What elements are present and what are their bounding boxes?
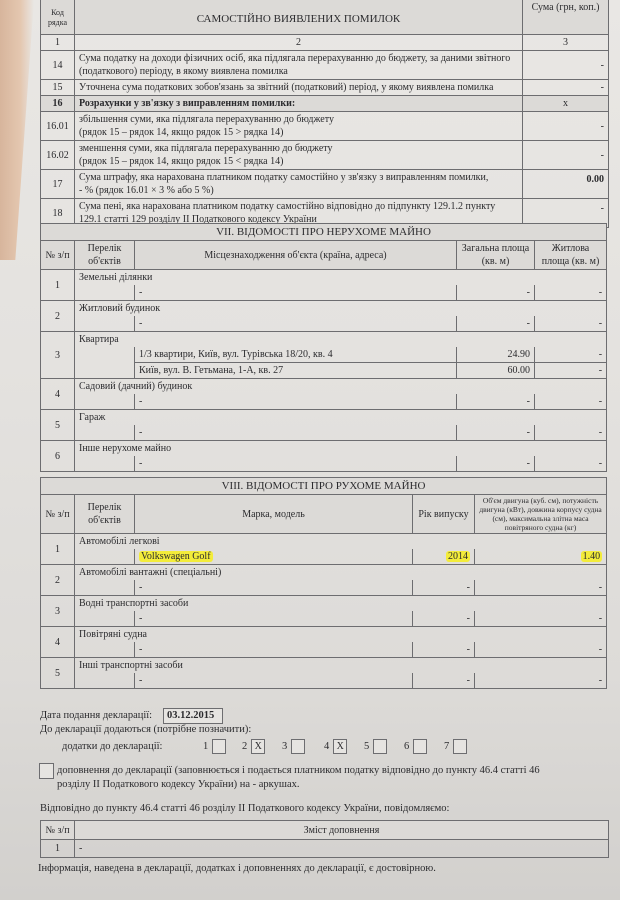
num-header: № з/п (41, 241, 75, 270)
spacer (75, 285, 135, 301)
table-row: 16.01 збільшення суми, яка підлягала пер… (41, 112, 609, 141)
row-text-line: (рядок 15 – рядок 14, якщо рядок 15 < ря… (79, 155, 518, 168)
annex-5[interactable]: 5 (364, 739, 387, 754)
year-value: - (467, 613, 470, 624)
row-num: 1 (41, 534, 75, 565)
row-value: - (523, 51, 609, 80)
row-category: Житловий будинок (75, 301, 607, 317)
location-cell: - (135, 394, 457, 410)
row-value: - (523, 141, 609, 170)
spacer (75, 580, 135, 596)
annex-checkbox[interactable] (453, 739, 467, 754)
living-area-cell: - (535, 285, 607, 301)
row-value: x (523, 96, 609, 112)
row-num: 2 (41, 301, 75, 332)
year-cell: - (413, 642, 475, 658)
model-cell: - (135, 673, 413, 689)
table-subrow: - - - (41, 642, 607, 658)
location-cell: Київ, вул. В. Гетьмана, 1-А, кв. 27 (135, 363, 457, 379)
row-text: збільшення суми, яка підлягала перерахув… (75, 112, 523, 141)
annex-checkbox[interactable] (413, 739, 427, 754)
living-area-cell: - (535, 425, 607, 441)
table-subrow: Київ, вул. В. Гетьмана, 1-А, кв. 27 60.0… (41, 363, 607, 379)
spacer (75, 425, 135, 441)
year-cell: - (413, 673, 475, 689)
location-cell: - (135, 425, 457, 441)
supplement-table: № з/п Зміст доповнення 1 - (40, 820, 609, 858)
spec-cell: - (475, 580, 607, 596)
location-header: Місцезнаходження об'єкта (країна, адреса… (135, 241, 457, 270)
model-value: - (139, 644, 142, 655)
col-num: 3 (523, 35, 609, 51)
row-num: 5 (41, 658, 75, 689)
total-area-cell: - (457, 394, 535, 410)
location-cell: 1/3 квартири, Київ, вул. Турівська 18/20… (135, 347, 457, 363)
table-row: 4 Повітряні судна (41, 627, 607, 643)
spacer (75, 549, 135, 565)
table-row: 6 Інше нерухоме майно (41, 441, 607, 457)
corrections-table: Код рядка САМОСТІЙНО ВИЯВЛЕНИХ ПОМИЛОК С… (40, 0, 609, 228)
table-subrow: - - - (41, 611, 607, 627)
table-subrow: - - - (41, 673, 607, 689)
row-value: - (523, 80, 609, 96)
year-cell: - (413, 580, 475, 596)
supplement-checkbox[interactable] (39, 763, 54, 779)
living-area-header: Житлова площа (кв. м) (535, 241, 607, 270)
total-area-cell: - (457, 285, 535, 301)
annex-7[interactable]: 7 (444, 739, 467, 754)
list-header: Перелік об'єктів (75, 241, 135, 270)
row-num: 4 (41, 379, 75, 410)
row-code: 16 (41, 96, 75, 112)
spacer (75, 347, 135, 363)
table-subrow: - - - (41, 285, 607, 301)
num-header: № з/п (41, 821, 75, 840)
model-cell: - (135, 611, 413, 627)
row-text: Розрахунки у зв'язку з виправленням поми… (75, 96, 523, 112)
footer-statement: Інформація, наведена в декларації, додат… (38, 863, 436, 874)
column-number-row: 1 2 3 (41, 35, 609, 51)
row-value: 0.00 (523, 170, 609, 199)
attachments-label: До декларації додаються (потрібне познач… (40, 724, 251, 735)
row-category: Інші транспортні засоби (75, 658, 607, 674)
spec-cell: - (475, 611, 607, 627)
total-area-cell: - (457, 425, 535, 441)
annex-number: 3 (282, 741, 287, 752)
corrections-header-row: Код рядка САМОСТІЙНО ВИЯВЛЕНИХ ПОМИЛОК С… (41, 0, 609, 35)
total-area-header: Загальна площа (кв. м) (457, 241, 535, 270)
table-row: 3 Квартира (41, 332, 607, 348)
list-header: Перелік об'єктів (75, 495, 135, 534)
table-row: 5 Гараж (41, 410, 607, 426)
table-subrow: - - - (41, 425, 607, 441)
row-num: 6 (41, 441, 75, 472)
annex-number: 4 (324, 741, 329, 752)
table-subrow: - - - (41, 316, 607, 332)
total-area-cell: - (457, 456, 535, 472)
row-text: Сума податку на доходи фізичних осіб, як… (75, 51, 523, 80)
living-area-cell: - (535, 363, 607, 379)
movable-body: 1 Автомобілі легкові Volkswagen Golf 201… (41, 534, 607, 689)
row-text-line: - % (рядок 16.01 × 3 % або 5 %) (79, 184, 518, 197)
model-value: Volkswagen Golf (139, 551, 213, 562)
annex-1[interactable]: 1 (203, 739, 226, 754)
real-estate-title: VII. ВІДОМОСТІ ПРО НЕРУХОМЕ МАЙНО (41, 224, 607, 241)
model-value: - (139, 582, 142, 593)
table-row: 16 Розрахунки у зв'язку з виправленням п… (41, 96, 609, 112)
row-num: 1 (41, 270, 75, 301)
table-row: 1 Земельні ділянки (41, 270, 607, 286)
living-area-cell: - (535, 347, 607, 363)
spec-cell: 1.40 (475, 549, 607, 565)
table-row: 15 Уточнена сума податкових зобов'язань … (41, 80, 609, 96)
table-subrow: - - - (41, 394, 607, 410)
spacer (75, 316, 135, 332)
total-area-cell: 24.90 (457, 347, 535, 363)
table-row: 2 Житловий будинок (41, 301, 607, 317)
table-row: 17 Сума штрафу, яка нарахована платником… (41, 170, 609, 199)
annex-checkbox[interactable] (373, 739, 387, 754)
row-num: 4 (41, 627, 75, 658)
spacer (75, 642, 135, 658)
row-num: 2 (41, 565, 75, 596)
row-text-line: Сума пені, яка нарахована платником пода… (79, 200, 518, 213)
table-row: 2 Автомобілі вантажні (спеціальні) (41, 565, 607, 581)
code-column-header: Код рядка (41, 0, 75, 35)
table-row: 3 Водні транспортні засоби (41, 596, 607, 612)
row-text-line: зменшення суми, яка підлягала перерахува… (79, 142, 518, 155)
year-header: Рік випуску (413, 495, 475, 534)
spec-value: - (599, 582, 602, 593)
corrections-title: САМОСТІЙНО ВИЯВЛЕНИХ ПОМИЛОК (75, 0, 523, 35)
row-num: 1 (41, 840, 75, 858)
location-cell: - (135, 456, 457, 472)
row-category: Інше нерухоме майно (75, 441, 607, 457)
table-subrow: 1/3 квартири, Київ, вул. Турівська 18/20… (41, 347, 607, 363)
row-category: Водні транспортні засоби (75, 596, 607, 612)
living-area-cell: - (535, 456, 607, 472)
annex-checkbox[interactable] (291, 739, 305, 754)
row-value: - (523, 112, 609, 141)
row-num: 3 (41, 332, 75, 379)
living-area-cell: - (535, 394, 607, 410)
model-value: - (139, 613, 142, 624)
row-category: Гараж (75, 410, 607, 426)
table-row: 5 Інші транспортні засоби (41, 658, 607, 674)
annex-4[interactable]: 4X (324, 739, 347, 754)
year-value: 2014 (446, 551, 470, 562)
row-text-line: збільшення суми, яка підлягала перерахув… (79, 113, 518, 126)
submission-date-field[interactable]: 03.12.2015 (163, 708, 223, 724)
col-num: 1 (41, 35, 75, 51)
real-estate-body: 1 Земельні ділянки - - - 2 Житловий буди… (41, 270, 607, 472)
annex-2[interactable]: 2X (242, 739, 265, 754)
row-num: 5 (41, 410, 75, 441)
supplement-text-line2: розділу ІІ Податкового кодексу України) … (57, 779, 300, 790)
annex-number: 1 (203, 741, 208, 752)
spacer (75, 456, 135, 472)
declaration-page: Код рядка САМОСТІЙНО ВИЯВЛЕНИХ ПОМИЛОК С… (0, 0, 620, 900)
movable-property-table: VIII. ВІДОМОСТІ ПРО РУХОМЕ МАЙНО № з/п П… (40, 477, 607, 689)
spec-value: - (599, 675, 602, 686)
spacer (75, 363, 135, 379)
row-code: 15 (41, 80, 75, 96)
specs-header: Об'єм двигуна (куб. см), потужність двиг… (475, 495, 607, 534)
supplement-text-line1: доповнення до декларації (заповнюється і… (57, 765, 540, 776)
sum-column-header: Сума (грн, коп.) (523, 0, 609, 35)
location-cell: - (135, 316, 457, 332)
model-cell: - (135, 580, 413, 596)
table-subrow: - - - (41, 456, 607, 472)
annex-checkbox[interactable] (212, 739, 226, 754)
row-code: 17 (41, 170, 75, 199)
row-code: 14 (41, 51, 75, 80)
spec-cell: - (475, 642, 607, 658)
content-header: Зміст доповнення (75, 821, 609, 840)
annex-checkbox[interactable]: X (251, 739, 265, 754)
row-category: Автомобілі легкові (75, 534, 607, 550)
row-text: Сума штрафу, яка нарахована платником по… (75, 170, 523, 199)
table-row: 1 - (41, 840, 609, 858)
year-value: - (467, 675, 470, 686)
annex-number: 6 (404, 741, 409, 752)
spacer (75, 394, 135, 410)
year-value: - (467, 582, 470, 593)
spec-cell: - (475, 673, 607, 689)
row-code: 16.01 (41, 112, 75, 141)
table-row: 14 Сума податку на доходи фізичних осіб,… (41, 51, 609, 80)
annex-3[interactable]: 3 (282, 739, 305, 754)
model-header: Марка, модель (135, 495, 413, 534)
model-value: - (139, 675, 142, 686)
year-cell: - (413, 611, 475, 627)
spec-value: - (599, 644, 602, 655)
model-cell: - (135, 642, 413, 658)
living-area-cell: - (535, 316, 607, 332)
row-category: Квартира (75, 332, 607, 348)
table-subrow: Volkswagen Golf 2014 1.40 (41, 549, 607, 565)
row-text: Уточнена сума податкових зобов'язань за … (75, 80, 523, 96)
year-cell: 2014 (413, 549, 475, 565)
annex-number: 7 (444, 741, 449, 752)
spec-value: - (599, 613, 602, 624)
annex-number: 2 (242, 741, 247, 752)
table-row: 16.02 зменшення суми, яка підлягала пере… (41, 141, 609, 170)
table-subrow: - - - (41, 580, 607, 596)
spec-value: 1.40 (581, 551, 603, 562)
num-header: № з/п (41, 495, 75, 534)
row-code: 16.02 (41, 141, 75, 170)
annex-6[interactable]: 6 (404, 739, 427, 754)
row-text: зменшення суми, яка підлягала перерахува… (75, 141, 523, 170)
movable-title: VIII. ВІДОМОСТІ ПРО РУХОМЕ МАЙНО (41, 478, 607, 495)
total-area-cell: - (457, 316, 535, 332)
table-row: 4 Садовий (дачний) будинок (41, 379, 607, 395)
annex-checkbox[interactable]: X (333, 739, 347, 754)
row-text-line: Сума штрафу, яка нарахована платником по… (79, 171, 518, 184)
notice-text: Відповідно до пункту 46.4 статті 46 розд… (40, 803, 449, 814)
annex-number: 5 (364, 741, 369, 752)
row-content: - (75, 840, 609, 858)
spacer (75, 611, 135, 627)
col-num: 2 (75, 35, 523, 51)
model-cell: Volkswagen Golf (135, 549, 413, 565)
total-area-cell: 60.00 (457, 363, 535, 379)
row-category: Повітряні судна (75, 627, 607, 643)
table-row: 1 Автомобілі легкові (41, 534, 607, 550)
spacer (75, 673, 135, 689)
row-category: Садовий (дачний) будинок (75, 379, 607, 395)
annexes-label: додатки до декларації: (62, 741, 162, 752)
row-category: Земельні ділянки (75, 270, 607, 286)
date-label: Дата подання декларації: (40, 710, 152, 721)
location-cell: - (135, 285, 457, 301)
year-value: - (467, 644, 470, 655)
row-category: Автомобілі вантажні (спеціальні) (75, 565, 607, 581)
row-text-line: (рядок 15 – рядок 14, якщо рядок 15 > ря… (79, 126, 518, 139)
real-estate-table: VII. ВІДОМОСТІ ПРО НЕРУХОМЕ МАЙНО № з/п … (40, 223, 607, 472)
row-num: 3 (41, 596, 75, 627)
